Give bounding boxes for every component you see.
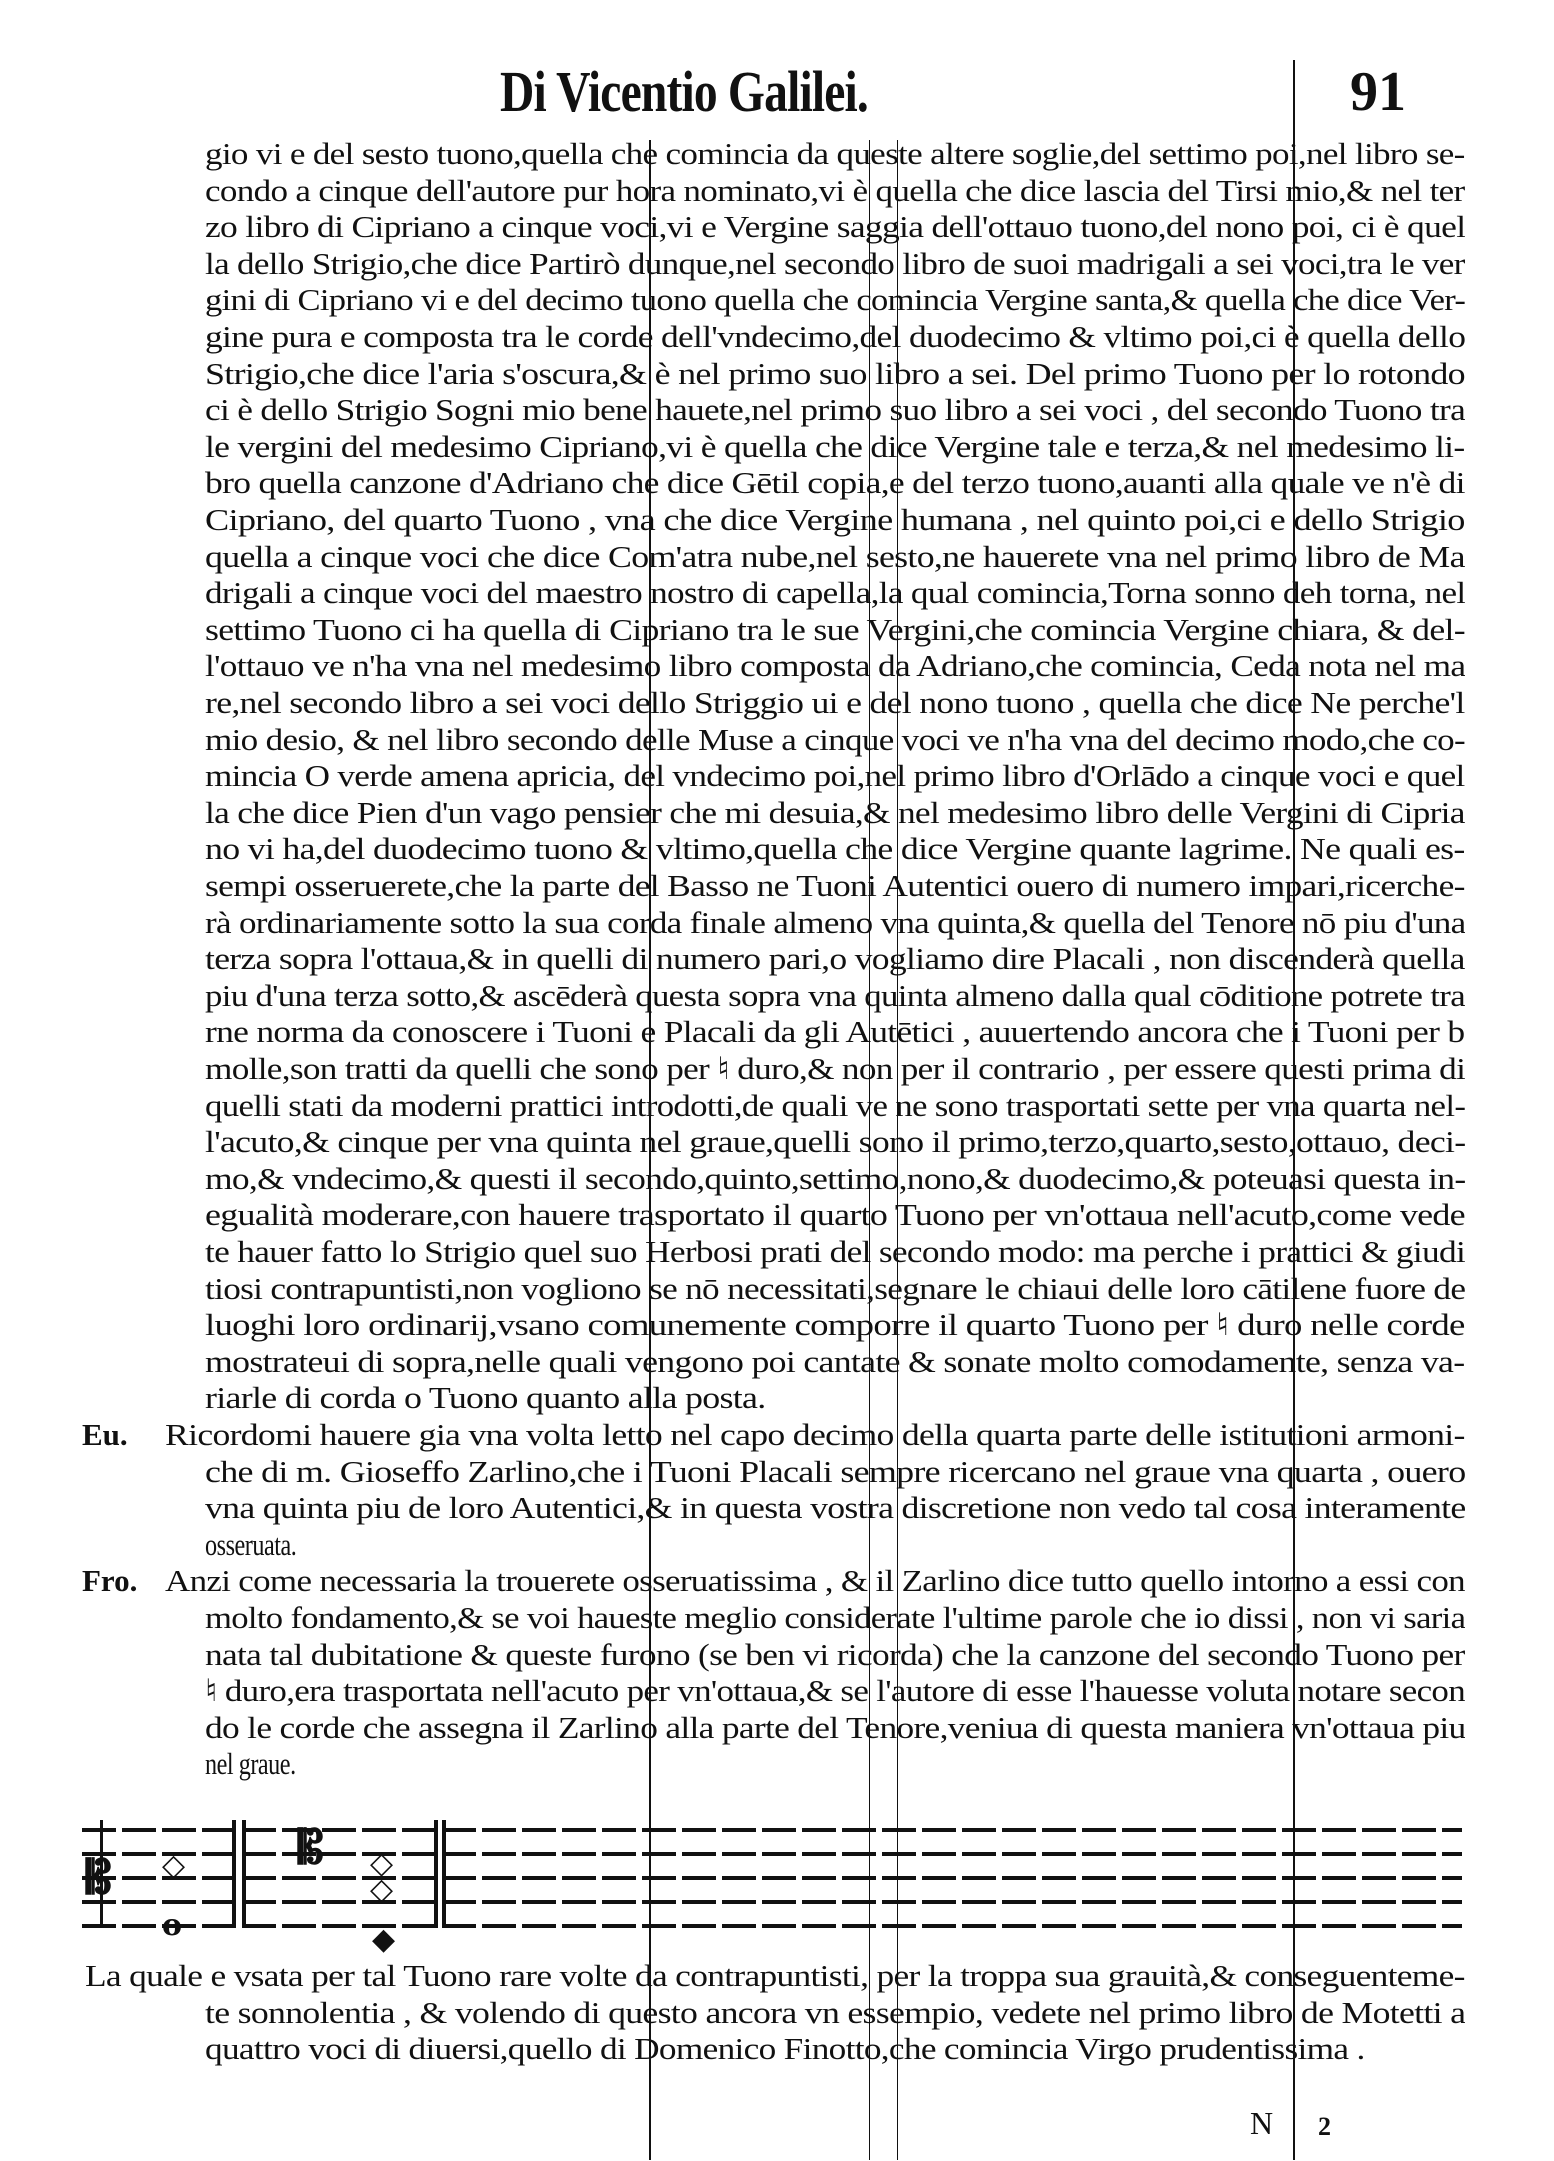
text-line: quelli stati da moderni prattici introdo… <box>205 1088 1465 1124</box>
black-note-icon: ◆ <box>372 1922 395 1957</box>
text-line: re,nel secondo libro a sei voci dello St… <box>205 685 1465 721</box>
text-line: rà ordinariamente sotto la sua corda fin… <box>205 905 1465 941</box>
text-line: zo libro di Cipriano a cinque voci,vi e … <box>205 209 1465 245</box>
text-line: te sonnolentia , & volendo di questo anc… <box>205 1995 1465 2031</box>
text-line: gini di Cipriano vi e del decimo tuono q… <box>205 282 1465 318</box>
signature-mark: N <box>1250 2105 1273 2142</box>
music-staff: 𝄡 ◇ o 𝄡 ◇ ◇ ◆ <box>82 1826 1462 1926</box>
text-line: la che dice Pien d'un vago pensier che m… <box>205 795 1465 831</box>
c-clef-icon: 𝄡 <box>298 1820 324 1876</box>
text-line: ♮ duro,era trasportata nell'acuto per vn… <box>205 1673 1465 1709</box>
text-line: sempi osseruerete,che la parte del Basso… <box>205 868 1465 904</box>
text-line: nata tal dubitatione & queste furono (se… <box>205 1637 1465 1673</box>
text-line: mostrateui di sopra,nelle quali vengono … <box>205 1344 1465 1380</box>
text-line: l'ottauo ve n'ha vna nel medesimo libro … <box>205 648 1465 684</box>
speaker-label: Eu. <box>82 1417 128 1453</box>
text-line: no vi ha,del duodecimo tuono & vltimo,qu… <box>205 831 1465 867</box>
text-line: Anzi come necessaria la trouerete osseru… <box>165 1563 1465 1599</box>
semibreve-note-icon: ◇ <box>162 1848 185 1883</box>
running-head-title: Di Vicentio Galilei. <box>500 58 868 125</box>
text-line: luoghi loro ordinarij,vsano comunemente … <box>205 1307 1465 1343</box>
text-line: Strigio,che dice l'aria s'oscura,& è nel… <box>205 356 1465 392</box>
text-line: vna quinta piu de loro Autentici,& in qu… <box>205 1490 1465 1526</box>
text-line: do le corde che assegna il Zarlino alla … <box>205 1710 1465 1746</box>
text-line: piu d'una terza sotto,& ascēderà questa … <box>205 978 1465 1014</box>
text-line: quella a cinque voci che dice Com'atra n… <box>205 539 1465 575</box>
text-line: quattro voci di diuersi,quello di Domeni… <box>205 2031 1365 2067</box>
text-line: Ricordomi hauere gia vna volta letto nel… <box>165 1417 1465 1453</box>
semibreve-note-icon: ◇ <box>370 1872 393 1907</box>
text-line: egualità moderare,con hauere trasportato… <box>205 1197 1465 1233</box>
text-line: le vergini del medesimo Cipriano,vi è qu… <box>205 429 1465 465</box>
text-line: settimo Tuono ci ha quella di Cipriano t… <box>205 612 1465 648</box>
text-line: te hauer fatto lo Strigio quel suo Herbo… <box>205 1234 1465 1270</box>
speaker-label: Fro. <box>82 1563 137 1599</box>
text-line: l'acuto,& cinque per vna quinta nel grau… <box>205 1124 1465 1160</box>
page-number: 91 <box>1350 60 1406 124</box>
text-line: rne norma da conoscere i Tuoni e Placali… <box>205 1014 1465 1050</box>
semibreve-note-icon: o <box>162 1908 182 1943</box>
text-line: osseruata. <box>205 1527 345 1563</box>
text-line: la dello Strigio,che dice Partirò dunque… <box>205 246 1465 282</box>
text-line: terza sopra l'ottaua,& in quelli di nume… <box>205 941 1465 977</box>
text-line: molto fondamento,& se voi haueste meglio… <box>205 1600 1465 1636</box>
text-line: bro quella canzone d'Adriano che dice Gē… <box>205 465 1465 501</box>
text-line: drigali a cinque voci del maestro nostro… <box>205 575 1465 611</box>
text-line: gine pura e composta tra le corde dell'v… <box>205 319 1465 355</box>
text-line: condo a cinque dell'autore pur hora nomi… <box>205 173 1465 209</box>
text-line: La quale e vsata per tal Tuono rare volt… <box>85 1958 1465 1994</box>
text-line: Cipriano, del quarto Tuono , vna che dic… <box>205 502 1465 538</box>
text-line: molle,son tratti da quelli che sono per … <box>205 1051 1465 1087</box>
text-line: mio desio, & nel libro secondo delle Mus… <box>205 722 1465 758</box>
text-line: gio vi e del sesto tuono,quella che comi… <box>205 136 1465 172</box>
c-clef-icon: 𝄡 <box>86 1850 112 1906</box>
text-line: riarle di corda o Tuono quanto alla post… <box>205 1380 765 1416</box>
text-line: ci è dello Strigio Sogni mio bene hauete… <box>205 392 1465 428</box>
text-line: tiosi contrapuntisti,non vogliono se nō … <box>205 1271 1465 1307</box>
signature-number: 2 <box>1318 2112 1331 2142</box>
text-line: mo,& vndecimo,& questi il secondo,quinto… <box>205 1161 1465 1197</box>
text-line: nel graue. <box>205 1746 345 1782</box>
text-line: mincia O verde amena apricia, del vndeci… <box>205 758 1465 794</box>
text-line: che di m. Gioseffo Zarlino,che i Tuoni P… <box>205 1454 1465 1490</box>
